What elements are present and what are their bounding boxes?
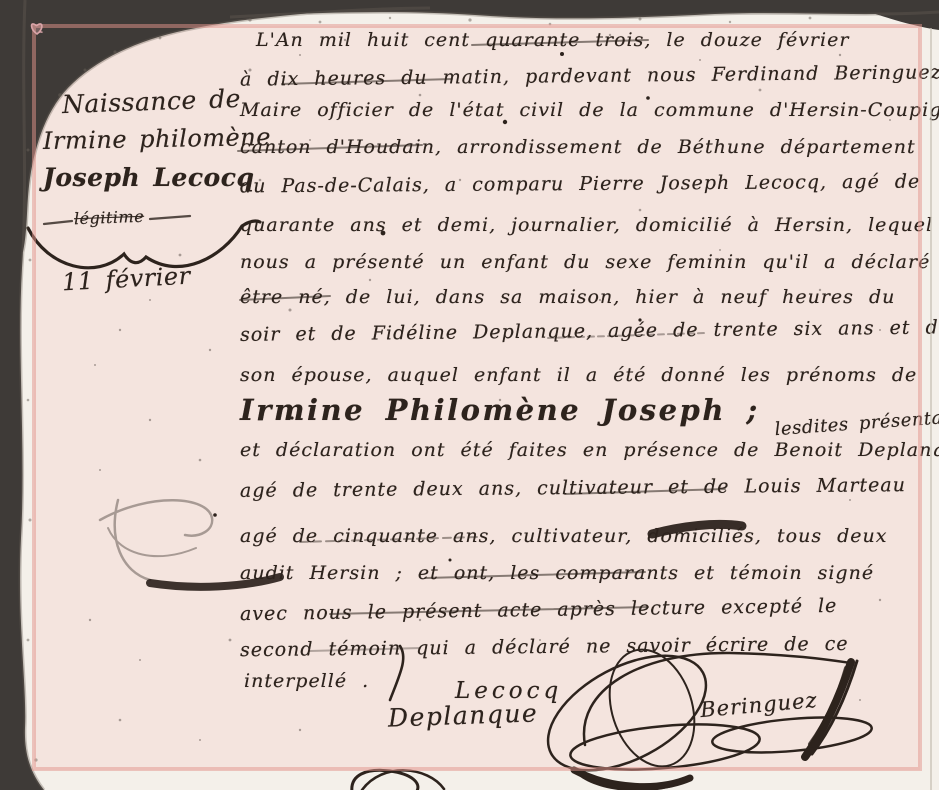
record-line: agé de trente deux ans, cultivateur et d… [240, 475, 906, 503]
record-line: interpellé . [244, 671, 369, 693]
record-line: à dix heures du matin, pardevant nous Fe… [240, 62, 939, 91]
record-line: nous a présenté un enfant du sexe femini… [240, 252, 930, 274]
record-line: son épouse, auquel enfant il a été donné… [240, 365, 917, 387]
margin-legitimacy-note: légitime [74, 208, 145, 229]
margin-title-line: Irmine philomène [43, 124, 271, 156]
record-line: Maire officier de l'état civil de la com… [240, 100, 939, 122]
act-number: 6.5 [82, 0, 183, 64]
margin-date: 11 février [61, 263, 191, 297]
record-line: et déclaration ont été faites en présenc… [240, 440, 939, 462]
child-given-names: Irmine Philomène Joseph ; [240, 393, 760, 427]
margin-title-line: Joseph Lecocq [43, 164, 254, 193]
record-line: quarante ans et demi, journalier, domici… [240, 215, 933, 237]
signature-witness: Deplanque [388, 699, 539, 733]
record-line: du Pas-de-Calais, a comparu Pierre Josep… [240, 172, 920, 199]
record-line: avec nous le présent acte après lecture … [240, 596, 838, 626]
record-line: second témoin qui a déclaré ne savoir éc… [240, 634, 849, 662]
margin-title-line: Naissance de [62, 85, 242, 120]
record-line: être né, de lui, dans sa maison, hier à … [240, 287, 895, 309]
record-line: agé de cinquante ans, cultivateur, domic… [240, 526, 887, 548]
record-line: canton d'Houdain, arrondissement de Béth… [240, 137, 916, 159]
record-line-continuation: lesdites présentation [774, 406, 939, 441]
document-scan: 6.5 Naissance de Irmine philomène Joseph… [0, 0, 939, 790]
corner-floral-icon [27, 18, 47, 38]
signature-mayor: Beringuez [699, 688, 818, 722]
record-line: L'An mil huit cent quarante trois, le do… [256, 30, 849, 52]
record-line: soir et de Fidéline Deplanque, agée de t… [240, 317, 939, 347]
handwritten-text-layer: 6.5 Naissance de Irmine philomène Joseph… [0, 0, 939, 790]
record-line: audit Hersin ; et ont, les comparants et… [240, 563, 874, 585]
record-line-child-names: Irmine Philomène Joseph ;lesdites présen… [240, 394, 939, 427]
